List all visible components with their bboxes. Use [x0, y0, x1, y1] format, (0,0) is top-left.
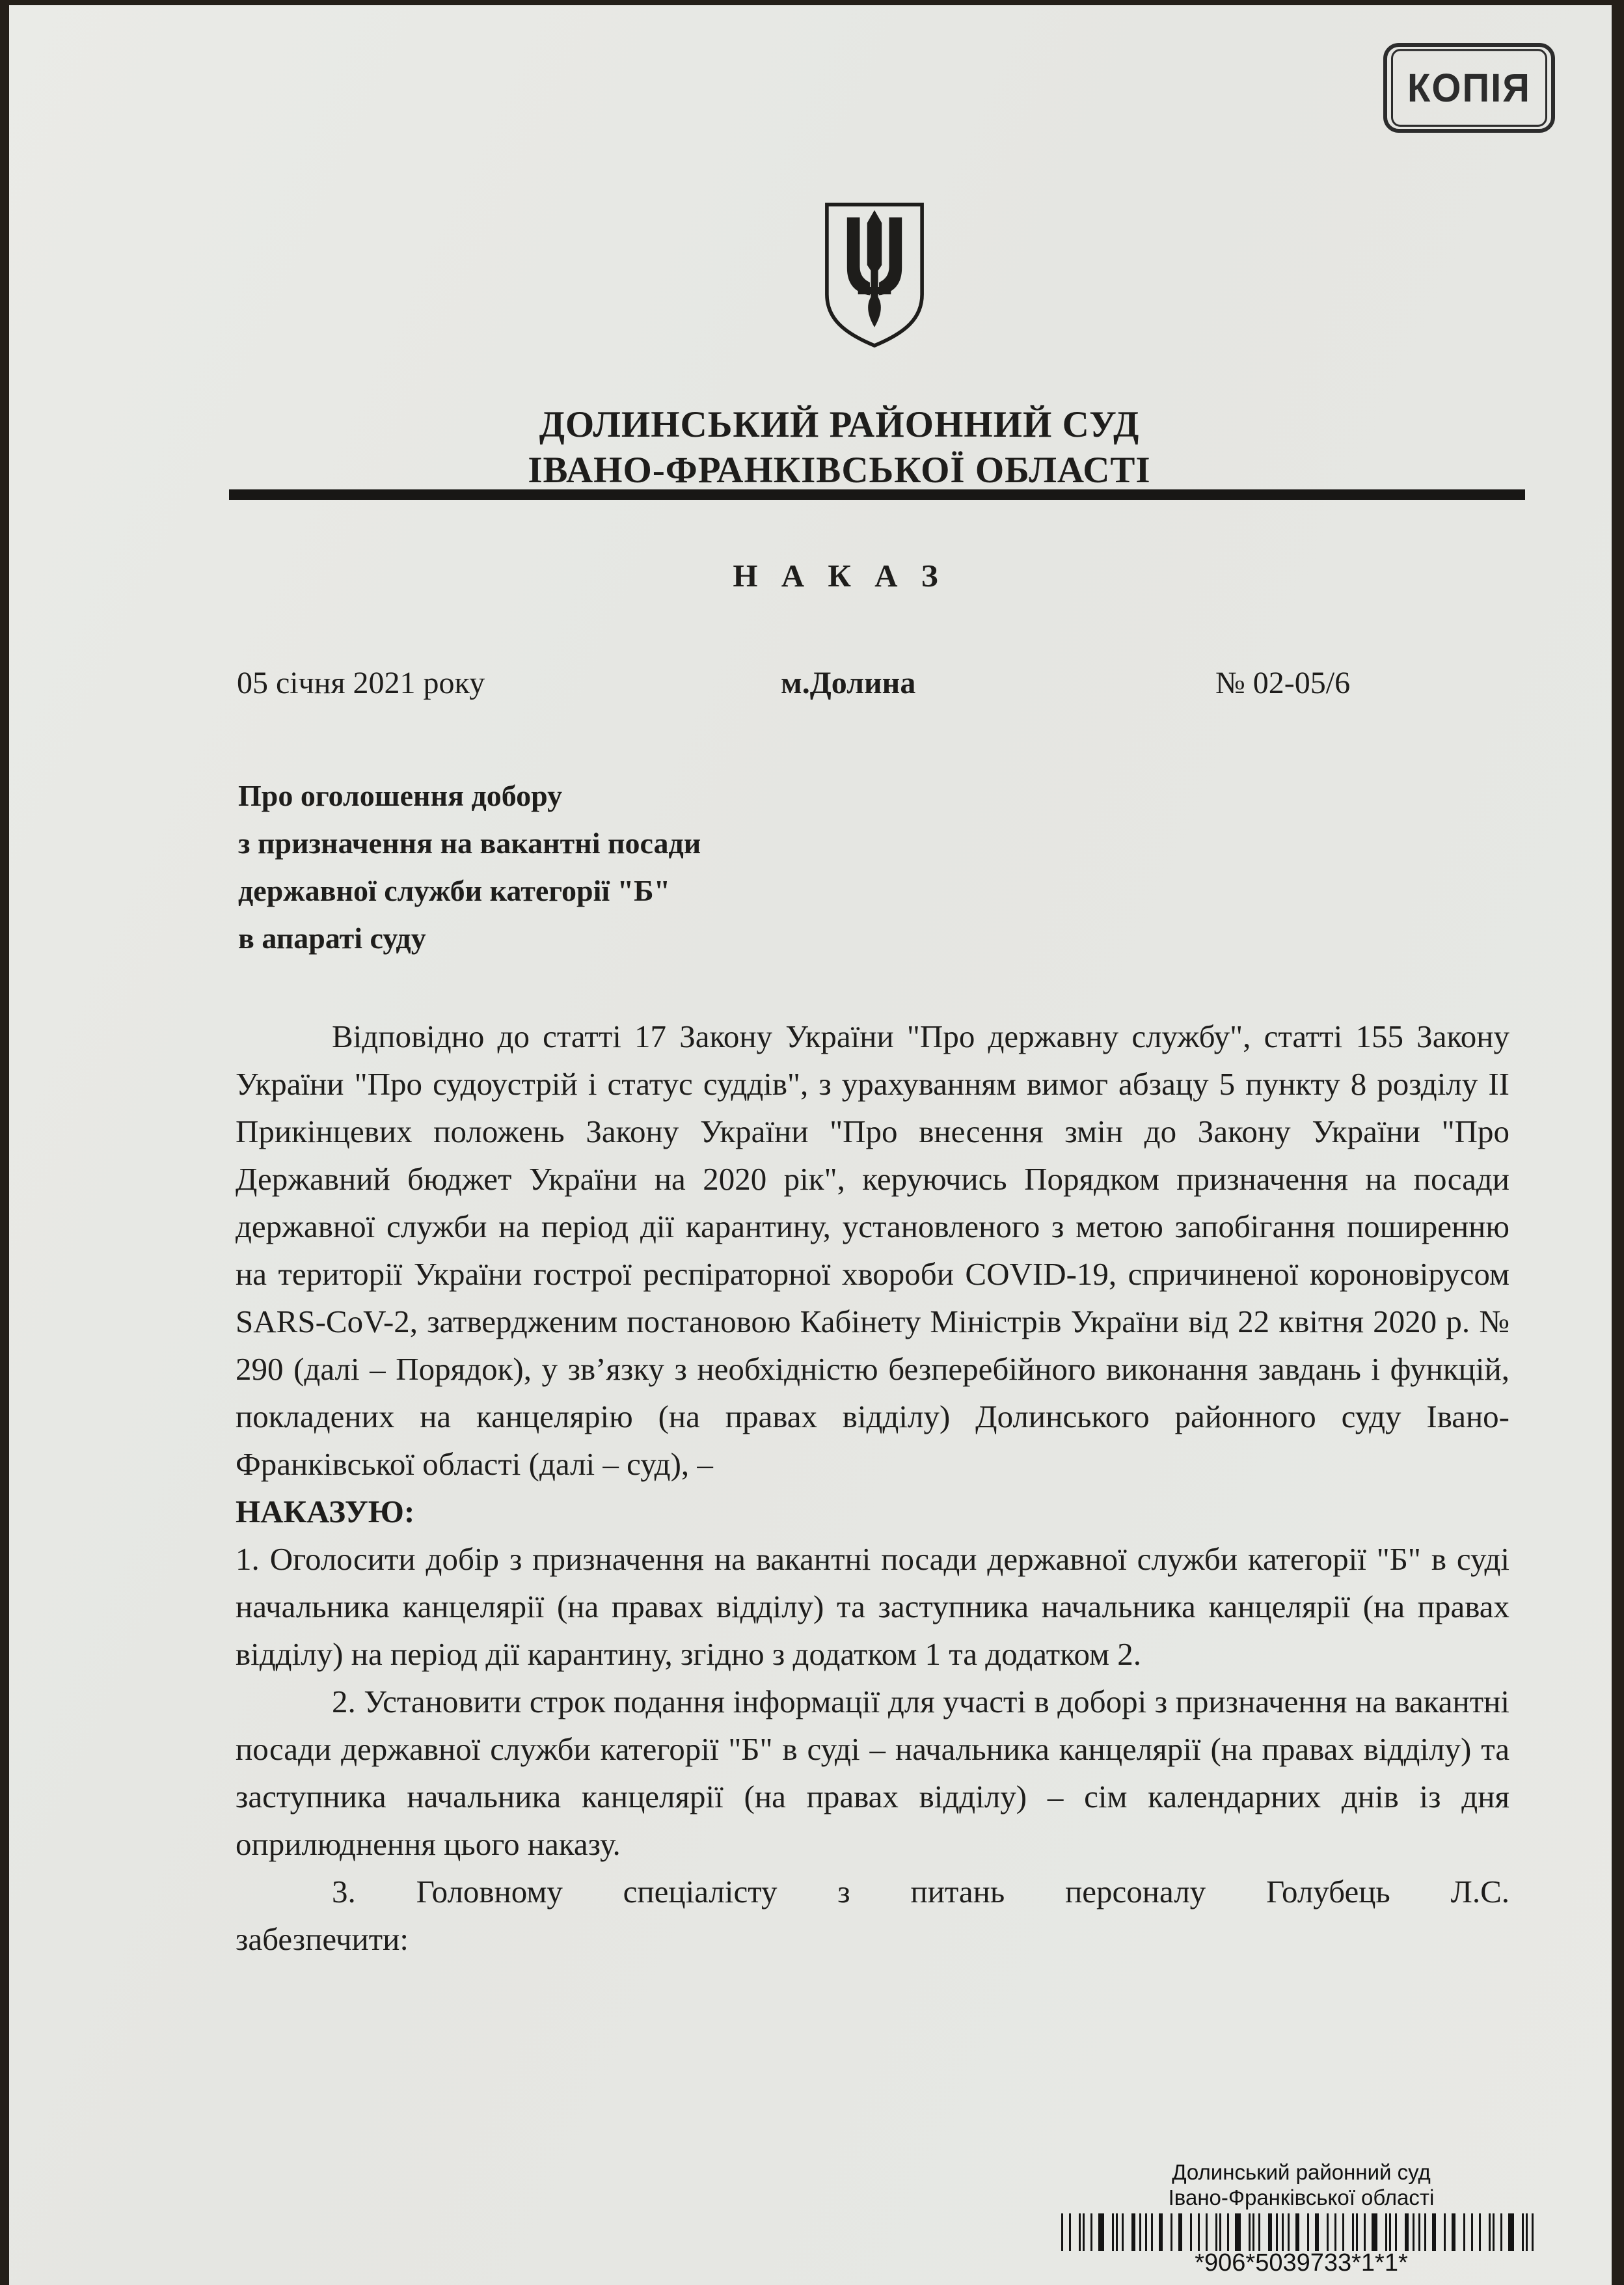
- subject-line-2: з призначення на вакантні посади: [238, 819, 701, 867]
- order-place: м.Долина: [781, 665, 915, 701]
- order-item-3-line1: 3. Головному спеціалісту з питань персон…: [236, 1868, 1509, 1915]
- ukraine-trident-icon: [819, 199, 930, 350]
- copy-stamp: КОПІЯ: [1383, 43, 1555, 133]
- order-subject: Про оголошення добору з призначення на в…: [238, 772, 701, 962]
- intro-paragraph: Відповідно до статті 17 Закону України "…: [236, 1013, 1509, 1488]
- order-item-1: 1. Оголосити добір з призначення на вака…: [236, 1535, 1509, 1678]
- barcode: [1059, 2213, 1543, 2251]
- header-divider: [229, 489, 1525, 500]
- scan-edge-left: [0, 0, 9, 2285]
- copy-stamp-label: КОПІЯ: [1391, 49, 1547, 127]
- scan-edge-right: [1612, 0, 1624, 2285]
- footer-court-line2: Івано-Франківської області: [1059, 2185, 1543, 2210]
- footer-court-line1: Долинський районний суд: [1059, 2159, 1543, 2185]
- court-name-line2: ІВАНО-ФРАНКІВСЬКОЇ ОБЛАСТІ: [55, 448, 1624, 493]
- resolve-word: НАКАЗУЮ:: [236, 1488, 1509, 1535]
- order-item-2: 2. Установити строк подання інформації д…: [236, 1678, 1509, 1868]
- registration-barcode-block: Долинський районний суд Івано-Франківськ…: [1059, 2159, 1543, 2276]
- court-name-line1: ДОЛИНСЬКИЙ РАЙОННИЙ СУД: [55, 402, 1624, 448]
- subject-line-4: в апараті суду: [238, 914, 701, 962]
- order-item-3-line2: забезпечити:: [236, 1915, 1509, 1963]
- subject-line-1: Про оголошення добору: [238, 772, 701, 819]
- order-number: № 02-05/6: [1215, 665, 1350, 701]
- barcode-value: *906*5039733*1*1*: [1059, 2250, 1543, 2276]
- subject-line-3: державної служби категорії "Б": [238, 867, 701, 914]
- order-body: Відповідно до статті 17 Закону України "…: [236, 1013, 1509, 1963]
- order-date: 05 січня 2021 року: [237, 665, 485, 701]
- court-name: ДОЛИНСЬКИЙ РАЙОННИЙ СУД ІВАНО-ФРАНКІВСЬК…: [55, 402, 1624, 493]
- scanned-order-page: КОПІЯ ДОЛИНСЬКИЙ РАЙОННИЙ СУД ІВАНО-ФРАН…: [0, 0, 1624, 2285]
- document-type-title: Н А К А З: [55, 557, 1624, 594]
- scan-edge-top: [0, 0, 1624, 5]
